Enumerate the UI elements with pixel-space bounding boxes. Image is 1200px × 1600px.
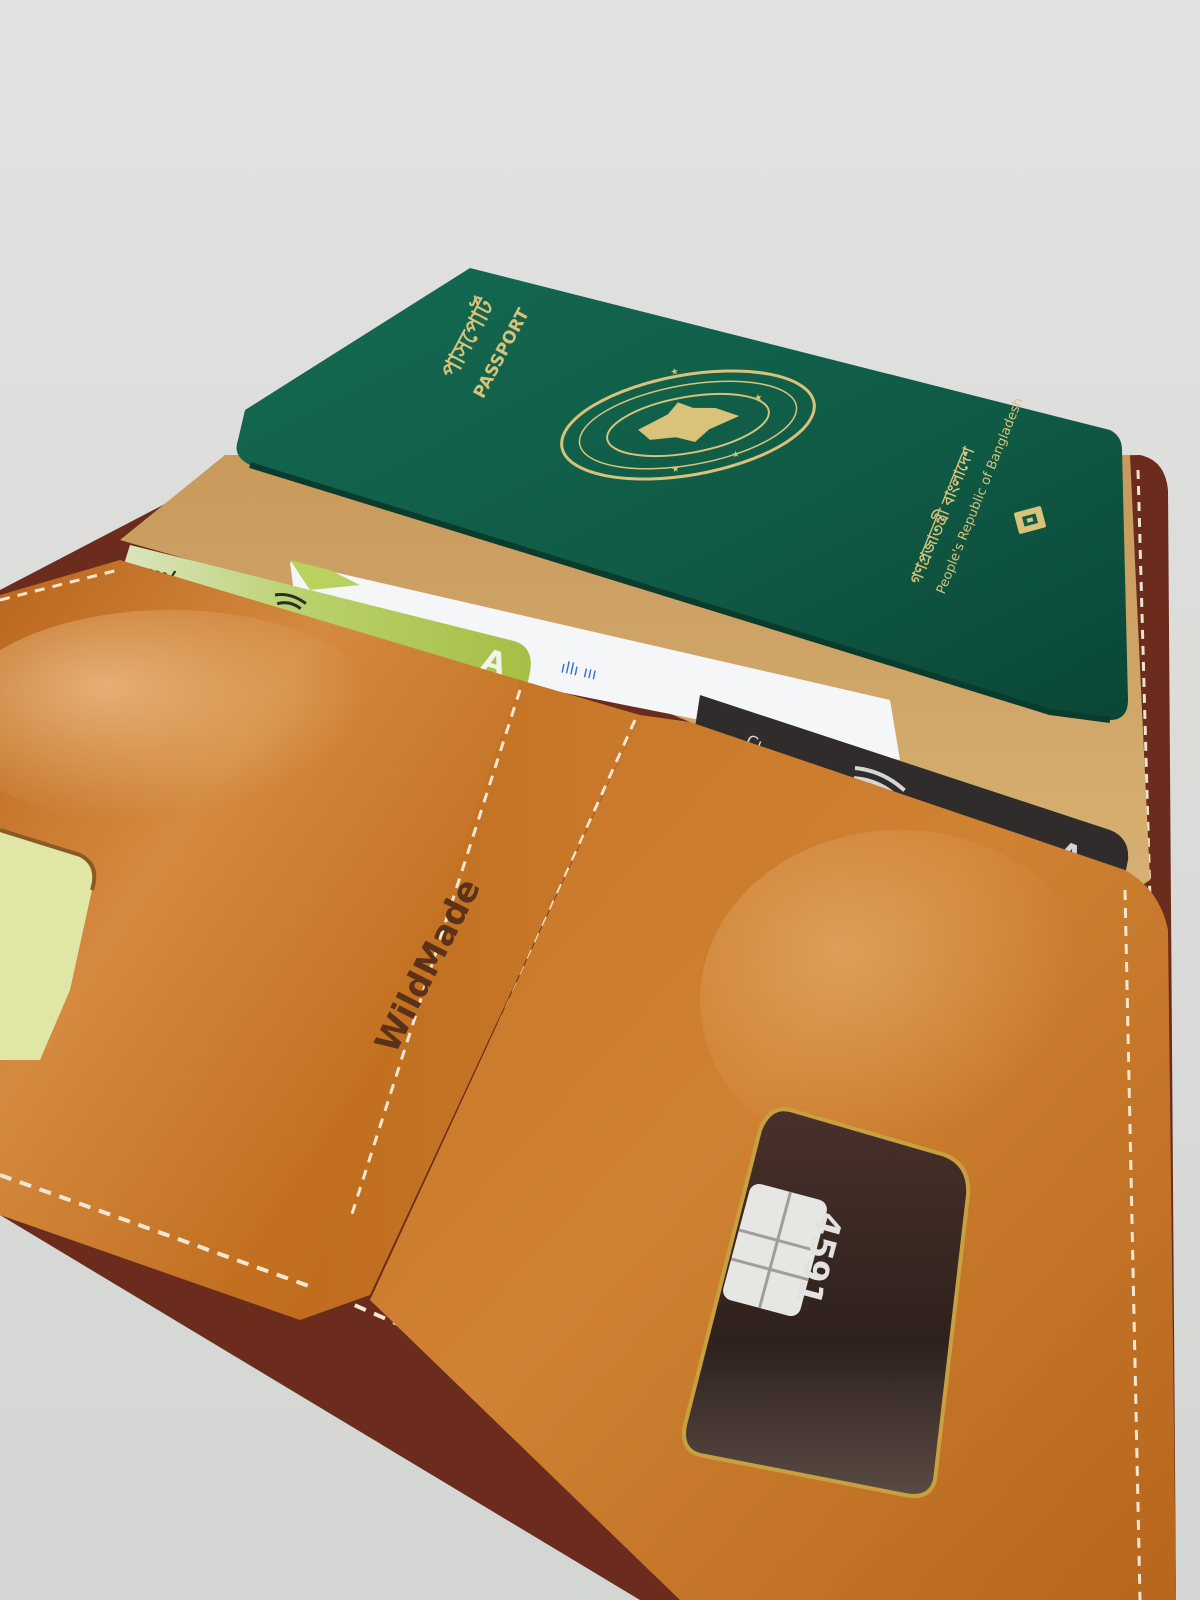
- svg-text:★: ★: [671, 464, 681, 475]
- svg-text:★: ★: [754, 393, 764, 404]
- svg-text:★: ★: [731, 449, 741, 460]
- product-photo: পাসপোর্ট PASSPORT ★ ★ ★ ★ গণপ্রজাতন্ত্রী…: [0, 0, 1200, 1600]
- svg-text:★: ★: [670, 367, 680, 378]
